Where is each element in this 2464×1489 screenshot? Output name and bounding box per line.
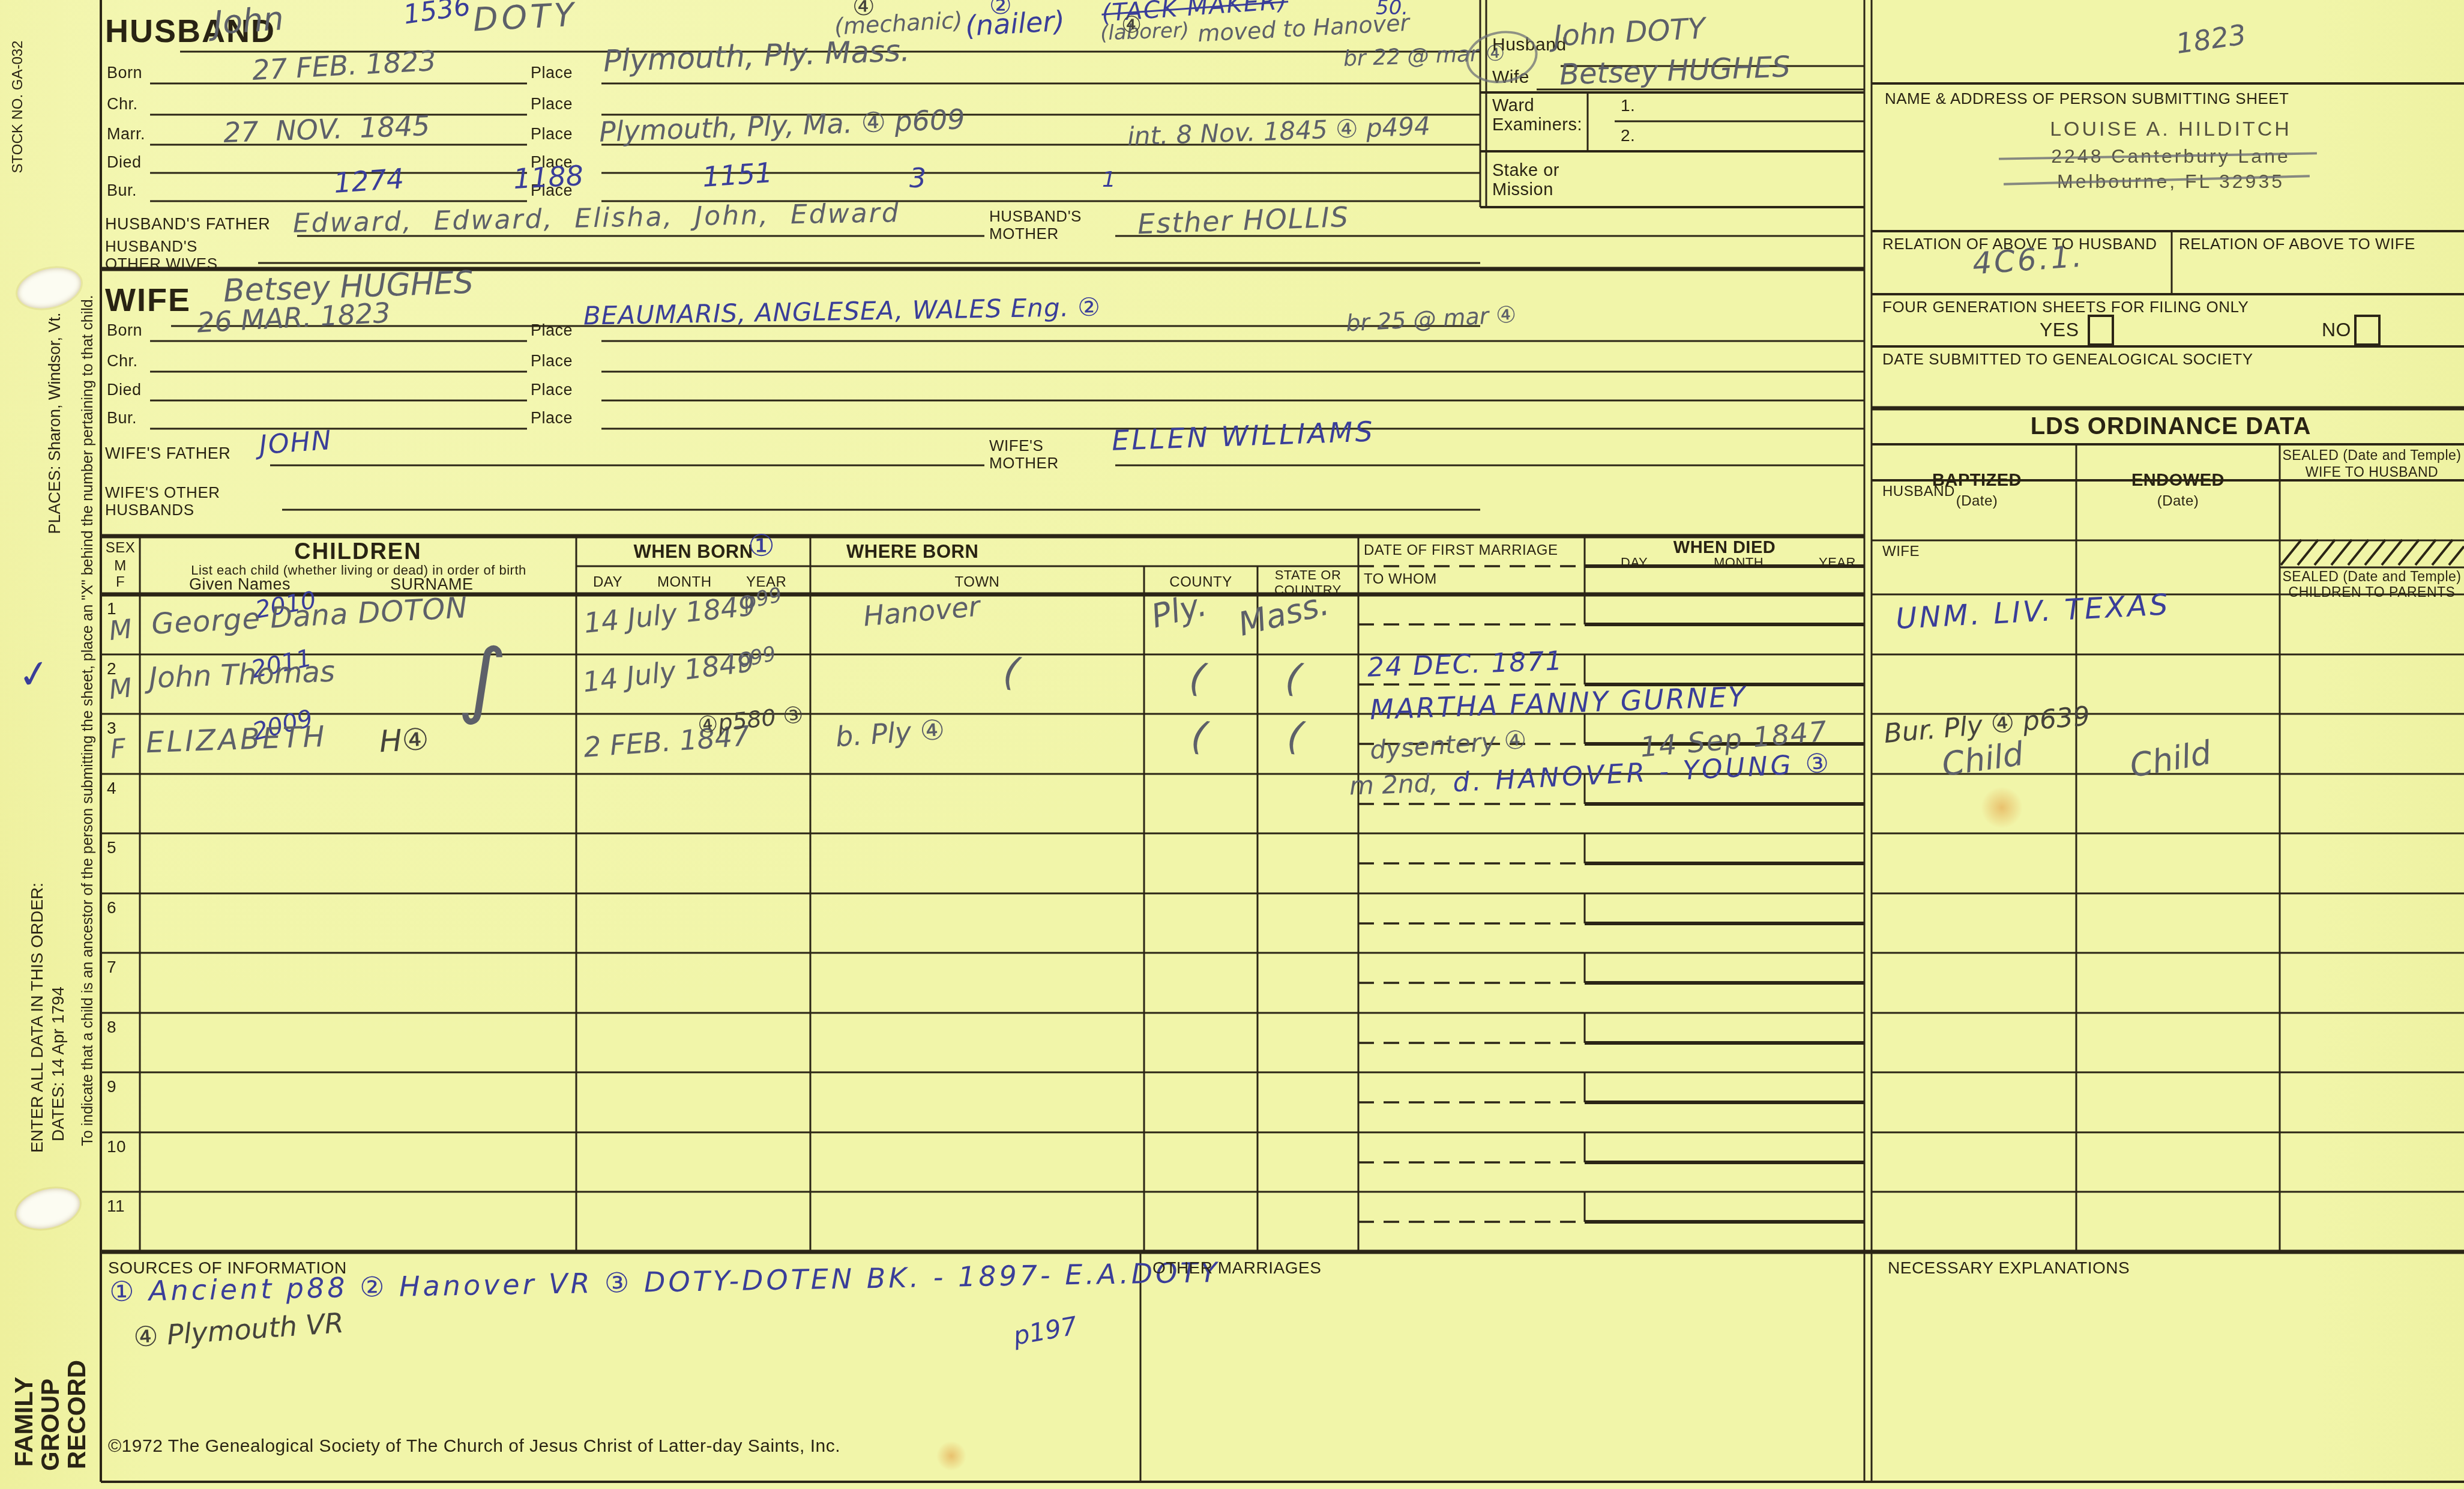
form-title-record: RECORD [62, 1360, 91, 1469]
child3-name-entry: ELIZABETH [145, 722, 327, 757]
wifes-other-husbands-label: WIFE'S OTHER HUSBANDS [105, 484, 220, 519]
husband-chr-label: Chr. [107, 95, 138, 113]
wifes-father-entry: JOHN [259, 427, 333, 459]
wife-died-label: Died [107, 381, 142, 399]
child2-sex-entry: M [108, 675, 133, 704]
sealed-wife-husband-header-line1: SEALED (Date and Temple) [2280, 448, 2464, 464]
husbands-father-label: HUSBAND'S FATHER [105, 215, 270, 233]
husband-ref-3: 3 [909, 166, 926, 192]
places-note: PLACES: Sharon, Windsor, Vt. [46, 312, 64, 534]
husband-ref-1274: 1274 [333, 165, 405, 197]
name-address-label: NAME & ADDRESS OF PERSON SUBMITTING SHEE… [1885, 90, 2289, 107]
child3-sex-entry: F [109, 735, 126, 763]
wifes-mother-entry: ELLEN WILLIAMS [1111, 417, 1375, 454]
lds-wife-row-label: WIFE [1882, 544, 1920, 560]
names-box-wife-entry: Betsey HUGHES [1559, 52, 1791, 89]
sex-header: SEX [101, 540, 140, 557]
wife-born-place-label: Place [531, 321, 573, 339]
wife-died-place-label: Place [531, 381, 573, 399]
child3-town-entry: b. Ply ④ [835, 716, 946, 751]
when-born-ref-circle: ① [748, 531, 775, 561]
child3-death-note-pencil: m 2nd, [1349, 770, 1438, 799]
husband-marr-place-label: Place [531, 125, 573, 143]
baptized-date-paren: (Date) [1956, 493, 1998, 509]
paper-stain [1981, 787, 2023, 829]
husband-marr-entry: 27 NOV. 1845 [223, 112, 430, 146]
yes-label: YES [2040, 319, 2079, 341]
sealed-wife-husband-header-line2: WIFE TO HUSBAND [2280, 465, 2464, 480]
to-whom-header: TO WHOM [1364, 572, 1437, 588]
sealed-children-parents-line1: SEALED (Date and Temple) [2280, 569, 2464, 585]
lds-ordinance-title: LDS ORDINANCE DATA [1878, 413, 2464, 440]
first-marriage-header: DATE OF FIRST MARRIAGE [1364, 543, 1558, 559]
sealed-children-parents-line2: CHILDREN TO PARENTS [2280, 585, 2464, 600]
copyright-line: ©1972 The Genealogical Society of The Ch… [108, 1436, 840, 1457]
husbands-mother-entry: Esther HOLLIS [1137, 203, 1349, 238]
no-checkbox [2354, 315, 2381, 346]
endowed-date-paren: (Date) [2157, 493, 2199, 509]
ward-examiners-label: Ward Examiners: [1492, 96, 1582, 135]
town-header: TOWN [810, 575, 1144, 591]
form-title-group: GROUP [36, 1379, 65, 1471]
lds-husband-row-label: HUSBAND [1882, 484, 1955, 500]
row-number: 11 [107, 1197, 125, 1215]
names-box-husband-entry: John DOTY [1553, 14, 1706, 50]
wife-bur-place-label: Place [531, 409, 573, 427]
husbands-other-wives-label: HUSBAND'S OTHER WIVES [105, 238, 218, 273]
husband-given-entry: John [212, 2, 285, 40]
children-header: CHILDREN [140, 539, 576, 565]
date-submitted-label: DATE SUBMITTED TO GENEALOGICAL SOCIETY [1882, 351, 2253, 368]
relation-entry: 4C6.1. [1971, 241, 2085, 279]
submitter-stamp-name: LOUISE A. HILDITCH [1878, 118, 2464, 141]
husband-born-place-label: Place [531, 64, 573, 82]
yes-checkbox [2088, 315, 2114, 346]
husband-surname-entry: DOTY [472, 0, 579, 37]
necessary-explanations-label: NECESSARY EXPLANATIONS [1888, 1258, 2130, 1277]
husbands-mother-label: HUSBAND'S MOTHER [989, 208, 1082, 243]
given-names-header: Given Names [189, 575, 291, 593]
row-number: 8 [107, 1018, 116, 1036]
husband-ref-1: 1 [1102, 169, 1116, 191]
when-died-month-header: MONTH [1714, 555, 1764, 570]
when-died-day-header: DAY [1621, 555, 1648, 570]
surname-header: SURNAME [390, 575, 474, 593]
row-number: 9 [107, 1077, 116, 1096]
husband-ref-1188: 1188 [513, 162, 584, 193]
husband-occupation4: (laborer) [1100, 20, 1189, 43]
stock-number: STOCK NO. GA-032 [10, 41, 26, 174]
husband-died-label: Died [107, 153, 142, 171]
row-number: 6 [107, 898, 116, 917]
no-label: NO [2322, 319, 2351, 341]
husband-chr-place-label: Place [531, 95, 573, 113]
when-born-month-header: MONTH [657, 575, 711, 591]
husband-ref-1151: 1151 [702, 159, 774, 191]
order-note-line2: DATES: 14 Apr 1794 [49, 986, 68, 1141]
wifes-mother-label: WIFE'S MOTHER [989, 437, 1059, 472]
wife-born-label: Born [107, 321, 142, 339]
husband-bur-label: Bur. [107, 181, 137, 199]
wife-section-title: WIFE [105, 282, 191, 318]
husband-occupation2: (nailer) [965, 7, 1065, 40]
other-marriages-label: OTHER MARRIAGES [1152, 1258, 1321, 1277]
paper-stain [936, 1441, 966, 1471]
row-number: 4 [107, 779, 116, 797]
husband-marr-label: Marr. [107, 125, 145, 143]
husband-born-label: Born [107, 64, 142, 82]
child1-sex-entry: M [108, 616, 133, 645]
wife-chr-label: Chr. [107, 352, 138, 370]
form-title-family: FAMILY [10, 1377, 38, 1467]
endowed-header: ENDOWED (Date) [2076, 452, 2280, 510]
row-number: 5 [107, 838, 116, 857]
where-born-header: WHERE BORN [810, 542, 1358, 563]
when-born-header: WHEN BORN [576, 542, 810, 563]
examiner-2-label: 2. [1621, 126, 1635, 145]
child3-name-ref: H④ [379, 724, 430, 757]
child2-name-entry: John Thomas [148, 657, 335, 693]
relation-to-wife-label: RELATION OF ABOVE TO WIFE [2179, 235, 2415, 253]
endowed-header-text: ENDOWED [2131, 471, 2225, 490]
wife-chr-place-label: Place [531, 352, 573, 370]
child2-marriage-date-entry: 24 DEC. 1871 [1367, 648, 1564, 681]
stake-or-mission-label: Stake or Mission [1492, 161, 1559, 200]
sex-m-header: M [101, 558, 140, 575]
wifes-father-label: WIFE'S FATHER [105, 444, 230, 462]
examiner-1-label: 1. [1621, 96, 1635, 115]
ancestor-note: To indicate that a child is an ancestor … [79, 295, 97, 1146]
when-died-year-header: YEAR [1819, 555, 1856, 570]
row-number: 10 [107, 1137, 126, 1156]
when-born-day-header: DAY [593, 575, 622, 591]
baptized-header: BAPTIZED (Date) [1878, 452, 2076, 510]
child2-brace-stroke: ∫ [457, 636, 509, 724]
wife-bur-label: Bur. [107, 409, 137, 427]
row-number: 7 [107, 958, 116, 976]
husband-occupation4-ref: ④ [1121, 13, 1142, 36]
order-note-line1: ENTER ALL DATA IN THIS ORDER: [28, 883, 47, 1153]
family-group-record-sheet: STOCK NO. GA-032 PLACES: Sharon, Windsor… [0, 0, 2464, 1489]
sex-f-header: F [101, 575, 140, 591]
four-generation-label: FOUR GENERATION SHEETS FOR FILING ONLY [1882, 298, 2249, 316]
submitter-stamp-city: Melbourne, FL 32935 [1878, 171, 2464, 193]
margin-checkmark: ✓ [16, 654, 53, 696]
